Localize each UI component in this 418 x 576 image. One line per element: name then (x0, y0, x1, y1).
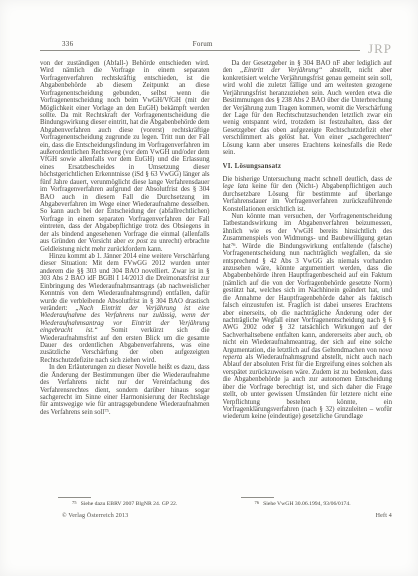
copyright: © Verlag Österreich 2013 (62, 513, 128, 519)
footnote-marker: 75 (72, 500, 77, 505)
paragraph: Nun könnte man versuchen, der Vorfragene… (223, 213, 393, 421)
paragraph: Da der Gesetzgeber in § 304 BAO nF aber … (223, 60, 393, 156)
page-footer: © Verlag Österreich 2013 Heft 4 (62, 513, 392, 519)
paragraph: von der zuständigen (Abfall-) Behörde en… (40, 60, 210, 253)
issue-label: Heft 4 (376, 513, 392, 519)
journal-page: 336 Forum JRP von der zuständigen (Abfal… (0, 0, 418, 576)
footnote-rule (241, 497, 274, 498)
text-run: keine für den (Nicht-) Abgabenpflichtige… (223, 183, 393, 212)
right-column: Da der Gesetzgeber in § 304 BAO nF aber … (223, 60, 393, 508)
text-run: . Würde die Bindungswirkung entfaltende … (223, 243, 393, 354)
paragraph: Hinzu kommt ab 1. Jänner 2014 eine weite… (40, 253, 210, 364)
text-run: abstellt, nicht aber konkretisiert welch… (223, 67, 393, 156)
footnote: 75Siehe dazu EBRV 2007 BlgNR 24. GP 22. (40, 501, 210, 508)
text-run: „Eintritt der Verjährung“ (240, 67, 322, 74)
section-heading: VI. Lösungsansatz (223, 163, 393, 170)
text-run: von der zuständigen (Abfall-) Behörde en… (40, 60, 210, 245)
header-rule: 336 Forum (40, 40, 360, 51)
footnote-marker: 76 (255, 500, 260, 505)
text-columns: von der zuständigen (Abfall-) Behörde en… (40, 60, 392, 508)
footnote-rule (58, 497, 91, 498)
text-run: 75 (104, 408, 109, 413)
footnote-block: 75Siehe dazu EBRV 2007 BlgNR 24. GP 22. (40, 493, 210, 508)
text-run: Hinzu kommt ab 1. Jänner 2014 eine weite… (40, 253, 210, 312)
text-run: In den Erläuterungen zu dieser Novelle h… (40, 364, 210, 416)
text-run: Die bisherige Untersuchung macht schnell… (223, 176, 386, 183)
footnote-text: Siehe dazu EBRV 2007 BlgNR 24. GP 22. (81, 501, 178, 507)
paragraph: Die bisherige Untersuchung macht schnell… (223, 176, 393, 213)
text-run: 76 (231, 242, 236, 247)
text-run: ex post (128, 238, 148, 245)
footnote: 76Siehe VwGH 30.06.1994, 93/06/0174. (223, 501, 393, 508)
page-number: 336 (62, 40, 73, 48)
footnote-text: Siehe VwGH 30.06.1994, 93/06/0174. (263, 501, 351, 507)
journal-logo: JRP (368, 44, 392, 54)
footnote-block: 76Siehe VwGH 30.06.1994, 93/06/0174. (223, 493, 393, 508)
text-run: . (109, 409, 111, 416)
text-run: als Wiederaufnahmsgrund abstellt, nicht … (223, 354, 393, 420)
left-column: von der zuständigen (Abfall-) Behörde en… (40, 60, 210, 508)
section-title: Forum (193, 40, 213, 48)
page-header: 336 Forum JRP (40, 40, 392, 51)
paragraph: In den Erläuterungen zu dieser Novelle h… (40, 364, 210, 416)
